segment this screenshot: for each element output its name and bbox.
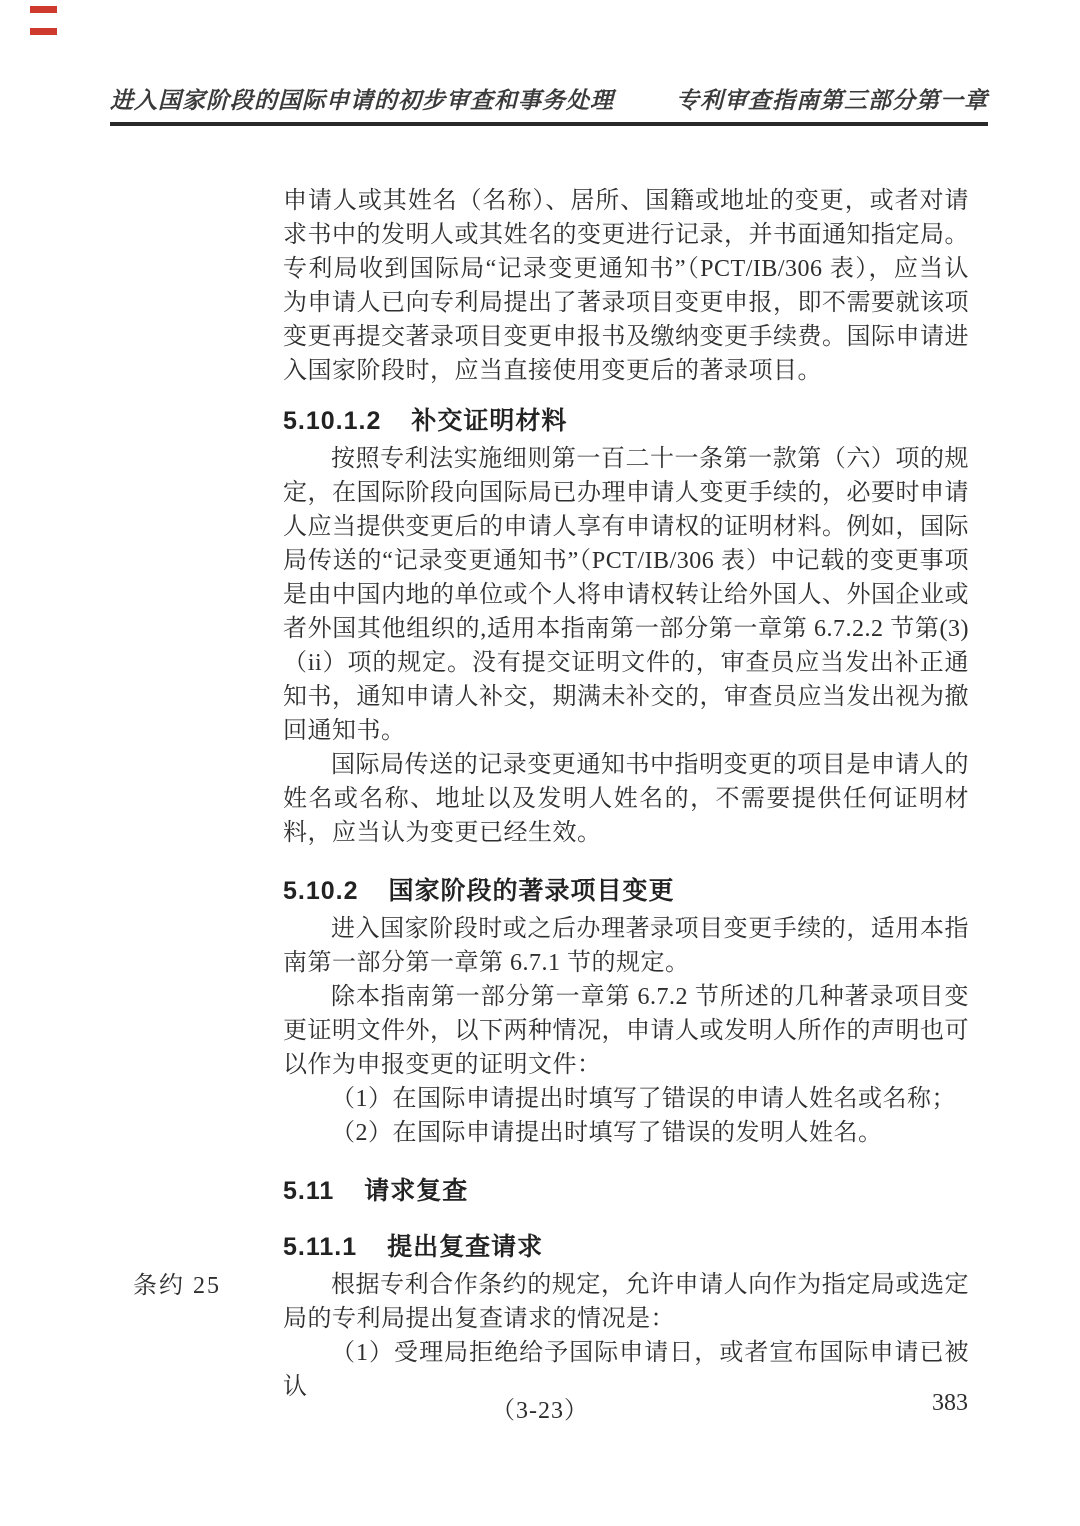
section-heading-5.10.2: 5.10.2国家阶段的著录项目变更	[283, 874, 969, 908]
section-heading-5.11: 5.11请求复查	[283, 1174, 969, 1208]
section-title: 国家阶段的著录项目变更	[389, 877, 675, 905]
section-heading-5.10.1.2: 5.10.1.2补交证明材料	[283, 404, 969, 438]
section-number: 5.11	[283, 1177, 334, 1205]
list-item: （2）在国际申请提出时填写了错误的发明人姓名。	[283, 1116, 969, 1150]
section-title: 补交证明材料	[411, 407, 567, 435]
section-heading-5.11.1: 5.11.1提出复查请求	[283, 1230, 969, 1264]
paragraph: 国际局传送的记录变更通知书中指明变更的项目是申请人的姓名或名称、地址以及发明人姓…	[283, 748, 969, 850]
paragraph: 根据专利合作条约的规定，允许申请人向作为指定局或选定局的专利局提出复查请求的情况…	[283, 1268, 969, 1336]
red-corner-mark	[30, 28, 57, 35]
running-header: 进入国家阶段的国际申请的初步审查和事务处理 专利审查指南第三部分第一章	[110, 82, 988, 126]
header-left-title: 进入国家阶段的国际申请的初步审查和事务处理	[110, 82, 614, 115]
paragraph: 除本指南第一部分第一章第 6.7.2 节所述的几种著录项目变更证明文件外，以下两…	[283, 980, 969, 1082]
running-footer: （3-23） 383	[0, 1390, 1080, 1430]
section-title: 请求复查	[364, 1177, 468, 1205]
document-page: 进入国家阶段的国际申请的初步审查和事务处理 专利审查指南第三部分第一章 申请人或…	[0, 0, 1080, 1526]
paragraph: 进入国家阶段时或之后办理著录项目变更手续的，适用本指南第一部分第一章第 6.7.…	[283, 912, 969, 980]
section-number: 5.10.1.2	[283, 407, 381, 435]
paragraph: 申请人或其姓名（名称）、居所、国籍或地址的变更，或者对请求书中的发明人或其姓名的…	[283, 184, 969, 388]
paragraph-with-margin-note: 条约 25根据专利合作条约的规定，允许申请人向作为指定局或选定局的专利局提出复查…	[283, 1268, 969, 1336]
paragraph: 按照专利法实施细则第一百二十一条第一款第（六）项的规定，在国际阶段向国际局已办理…	[283, 442, 969, 748]
footer-section-page: （3-23）	[0, 1390, 1080, 1425]
footer-page-number: 383	[932, 1390, 968, 1417]
list-item: （1）在国际申请提出时填写了错误的申请人姓名或名称；	[283, 1082, 969, 1116]
margin-note: 条约 25	[133, 1269, 221, 1303]
section-number: 5.10.2	[283, 877, 359, 905]
section-title: 提出复查请求	[387, 1233, 543, 1261]
section-number: 5.11.1	[283, 1233, 357, 1261]
header-right-title: 专利审查指南第三部分第一章	[676, 82, 988, 115]
red-corner-mark	[30, 6, 57, 13]
document-body: 申请人或其姓名（名称）、居所、国籍或地址的变更，或者对请求书中的发明人或其姓名的…	[283, 184, 969, 1404]
